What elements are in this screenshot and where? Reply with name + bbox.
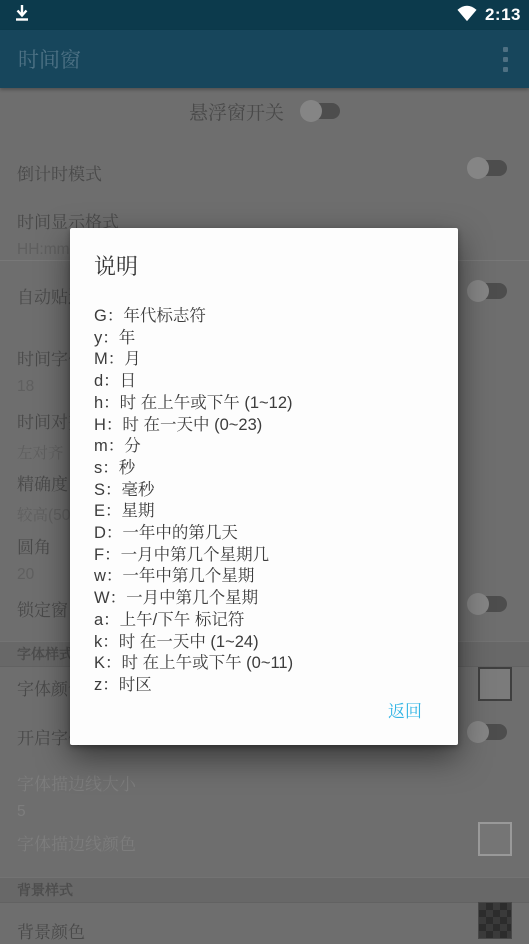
row-label: 字体描边线颜色 [17, 830, 512, 855]
color-swatch [478, 822, 512, 856]
format-explanation-line: d：日 [94, 371, 434, 393]
app-bar: 时间窗 [0, 30, 529, 88]
overflow-menu-button[interactable] [491, 38, 519, 80]
section-header-label: 背景样式 [17, 880, 73, 900]
toggle-switch[interactable] [467, 593, 507, 615]
section-header: 背景样式 [0, 877, 529, 903]
settings-row[interactable]: 背景颜色 [17, 918, 512, 943]
format-explanation-line: S：毫秒 [94, 480, 434, 502]
explanation-dialog: 说明 G：年代标志符y：年M：月d：日h：时 在上午或下午 (1~12)H：时 … [70, 228, 458, 745]
color-swatch[interactable] [478, 667, 512, 701]
section-header-label: 字体样式 [17, 644, 73, 664]
overflow-menu-icon [503, 47, 508, 72]
format-explanation-line: D：一年中的第几天 [94, 523, 434, 545]
toggle-switch[interactable] [467, 721, 507, 743]
format-explanation-line: z：时区 [94, 675, 434, 697]
wifi-icon [456, 3, 478, 28]
format-explanation-line: W：一月中第几个星期 [94, 588, 434, 610]
page-title: 时间窗 [18, 44, 81, 74]
dialog-back-button[interactable]: 返回 [388, 697, 422, 722]
color-swatch[interactable] [478, 902, 512, 939]
format-explanation-line: s：秒 [94, 458, 434, 480]
settings-row[interactable]: 倒计时模式 [17, 160, 512, 185]
floating-window-master-row[interactable]: 悬浮窗开关 [0, 97, 529, 125]
status-bar: 2:13 [0, 0, 529, 30]
row-label: 倒计时模式 [17, 160, 512, 185]
format-explanation-line: w：一年中第几个星期 [94, 566, 434, 588]
format-explanation-line: G：年代标志符 [94, 306, 434, 328]
dialog-body: G：年代标志符y：年M：月d：日h：时 在上午或下午 (1~12)H：时 在一天… [94, 306, 434, 697]
master-switch-label: 悬浮窗开关 [189, 98, 284, 125]
format-explanation-line: k：时 在一天中 (1~24) [94, 632, 434, 654]
dialog-title: 说明 [94, 250, 434, 281]
row-value: 5 [17, 803, 512, 821]
format-explanation-line: K：时 在上午或下午 (0~11) [94, 653, 434, 675]
format-explanation-line: H：时 在一天中 (0~23) [94, 415, 434, 437]
status-time: 2:13 [485, 5, 521, 25]
settings-row: 字体描边线颜色 [17, 830, 512, 855]
row-label: 字体描边线大小 [17, 770, 512, 795]
format-explanation-line: E：星期 [94, 501, 434, 523]
format-explanation-line: F：一月中第几个星期几 [94, 545, 434, 567]
format-explanation-line: a：上午/下午 标记符 [94, 610, 434, 632]
format-explanation-line: y：年 [94, 328, 434, 350]
settings-row: 字体描边线大小5 [17, 770, 512, 821]
toggle-switch[interactable] [467, 280, 507, 302]
format-explanation-line: m：分 [94, 436, 434, 458]
format-explanation-line: M：月 [94, 349, 434, 371]
master-toggle-switch[interactable] [300, 100, 340, 122]
toggle-switch[interactable] [467, 157, 507, 179]
row-label: 背景颜色 [17, 918, 512, 943]
format-explanation-line: h：时 在上午或下午 (1~12) [94, 393, 434, 415]
download-icon [12, 3, 32, 28]
